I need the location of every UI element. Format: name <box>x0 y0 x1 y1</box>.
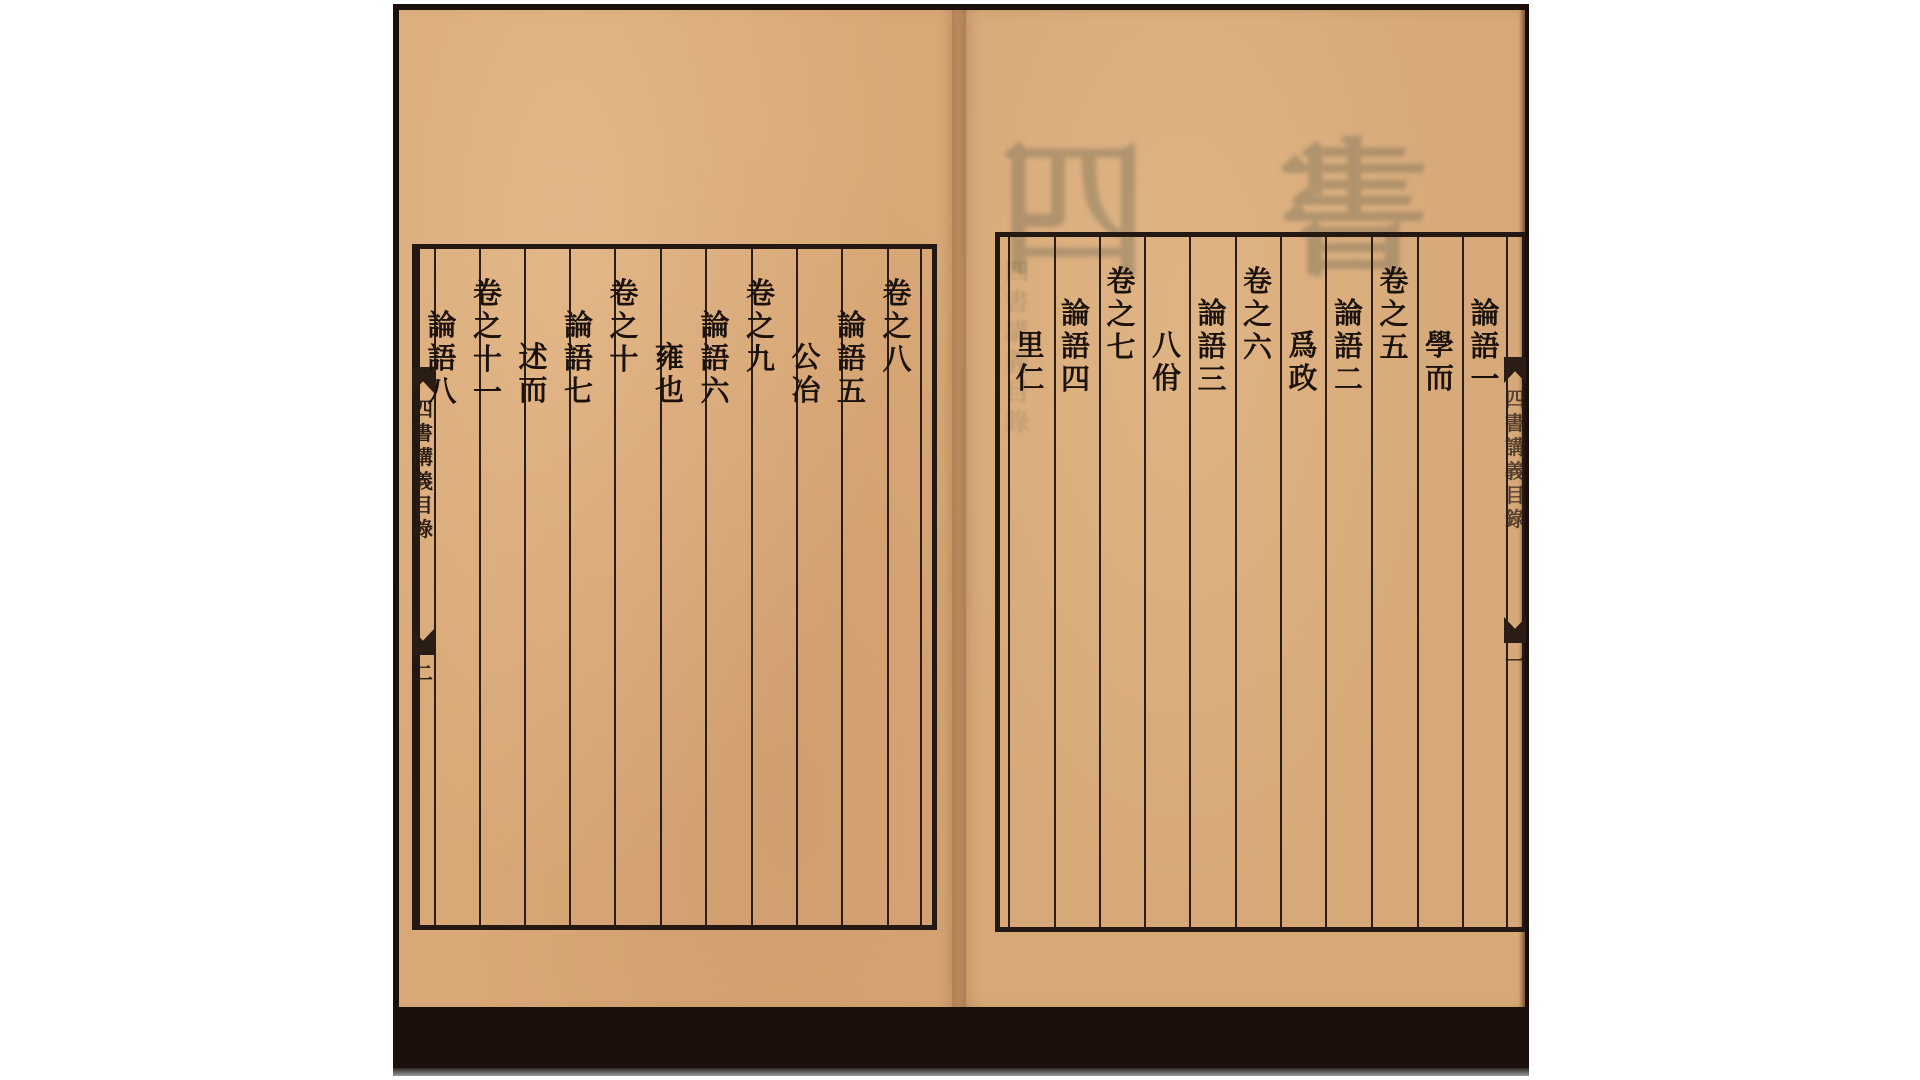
toc-column: 卷之五 <box>1372 265 1416 364</box>
toc-char: 五 <box>837 375 866 408</box>
toc-char: 八 <box>427 375 456 408</box>
toc-column: 論語一 <box>1463 297 1507 396</box>
toc-char: 論 <box>837 309 866 342</box>
toc-char: 仁 <box>1015 362 1044 395</box>
toc-char: 論 <box>427 309 456 342</box>
toc-char: 學 <box>1425 329 1454 362</box>
toc-char: 一 <box>1470 363 1499 396</box>
toc-char: 而 <box>518 374 547 407</box>
toc-char: 之 <box>473 310 502 343</box>
toc-column: 論語四 <box>1054 297 1098 396</box>
toc-char: 之 <box>746 310 775 343</box>
toc-column: 卷之九 <box>739 277 783 376</box>
toc-column: 卷之十一 <box>466 277 510 409</box>
toc-char: 佾 <box>1152 362 1181 395</box>
toc-char: 爲 <box>1288 329 1317 362</box>
toc-column: 論語三 <box>1190 297 1234 396</box>
toc-column: 卷之八 <box>875 277 919 376</box>
left-page-frame: 四書講義目錄 二 卷之八論語五公冶卷之九論語六雍也卷之十論語七述而卷之十一論語八 <box>412 244 937 930</box>
toc-column: 論語六 <box>693 309 737 408</box>
book-spread: 四書講義目錄 二 卷之八論語五公冶卷之九論語六雍也卷之十論語七述而卷之十一論語八… <box>393 4 1529 1076</box>
left-margin-title: 四書講義目錄 <box>412 397 434 541</box>
toc-char: 語 <box>427 342 456 375</box>
toc-column: 卷之六 <box>1236 265 1280 364</box>
toc-char: 論 <box>1334 297 1363 330</box>
toc-char: 六 <box>700 375 729 408</box>
toc-char: 五 <box>1379 331 1408 364</box>
toc-char: 卷 <box>1379 265 1408 298</box>
right-page: 四 書 四書講義目錄 四書講義目錄 一 論語一學而卷之五論語二爲政卷之六論語三八… <box>958 10 1525 1007</box>
toc-char: 八 <box>1152 329 1181 362</box>
toc-char: 三 <box>1197 363 1226 396</box>
toc-column: 公冶 <box>784 341 828 407</box>
left-page-number: 二 <box>412 661 434 685</box>
toc-column: 論語二 <box>1327 297 1371 396</box>
book-gutter <box>952 10 966 1007</box>
fishtail-bottom-icon <box>412 629 434 655</box>
toc-char: 七 <box>1106 331 1135 364</box>
toc-char: 卷 <box>1106 265 1135 298</box>
toc-char: 卷 <box>746 277 775 310</box>
toc-char: 語 <box>564 342 593 375</box>
toc-char: 政 <box>1288 362 1317 395</box>
toc-char: 論 <box>1470 297 1499 330</box>
toc-char: 語 <box>1470 330 1499 363</box>
toc-char: 論 <box>1197 297 1226 330</box>
toc-char: 述 <box>518 341 547 374</box>
toc-char: 八 <box>882 343 911 376</box>
toc-char: 之 <box>1243 298 1272 331</box>
toc-char: 語 <box>1061 330 1090 363</box>
toc-char: 也 <box>655 374 684 407</box>
toc-char: 卷 <box>1243 265 1272 298</box>
toc-char: 一 <box>473 376 502 409</box>
toc-char: 雍 <box>655 341 684 374</box>
toc-char: 公 <box>791 341 820 374</box>
toc-char: 而 <box>1425 362 1454 395</box>
toc-char: 之 <box>882 310 911 343</box>
toc-column: 論語七 <box>557 309 601 408</box>
toc-column: 卷之七 <box>1099 265 1143 364</box>
toc-char: 七 <box>564 375 593 408</box>
toc-char: 里 <box>1015 329 1044 362</box>
toc-column: 述而 <box>511 341 555 407</box>
toc-char: 卷 <box>473 277 502 310</box>
column-rule <box>920 249 922 925</box>
toc-char: 九 <box>746 343 775 376</box>
toc-column: 里仁 <box>1008 329 1052 395</box>
toc-column: 學而 <box>1418 329 1462 395</box>
toc-char: 十 <box>473 343 502 376</box>
toc-char: 卷 <box>609 277 638 310</box>
toc-column: 卷之十 <box>602 277 646 376</box>
toc-char: 之 <box>1106 298 1135 331</box>
toc-char: 之 <box>609 310 638 343</box>
toc-char: 四 <box>1061 363 1090 396</box>
toc-char: 論 <box>700 309 729 342</box>
left-page: 四書講義目錄 二 卷之八論語五公冶卷之九論語六雍也卷之十論語七述而卷之十一論語八 <box>399 10 958 1007</box>
toc-column: 雍也 <box>648 341 692 407</box>
toc-char: 十 <box>609 343 638 376</box>
toc-char: 論 <box>1061 297 1090 330</box>
toc-char: 冶 <box>791 374 820 407</box>
toc-column: 論語五 <box>830 309 874 408</box>
right-page-frame: 四書講義目錄 四書講義目錄 一 論語一學而卷之五論語二爲政卷之六論語三八佾卷之七… <box>995 232 1525 932</box>
toc-char: 語 <box>1197 330 1226 363</box>
toc-column: 論語八 <box>420 309 464 408</box>
toc-column: 爲政 <box>1281 329 1325 395</box>
toc-char: 論 <box>564 309 593 342</box>
toc-char: 二 <box>1334 363 1363 396</box>
toc-char: 語 <box>1334 330 1363 363</box>
toc-char: 六 <box>1243 331 1272 364</box>
toc-column: 八佾 <box>1145 329 1189 395</box>
toc-char: 之 <box>1379 298 1408 331</box>
toc-char: 卷 <box>882 277 911 310</box>
toc-char: 語 <box>837 342 866 375</box>
toc-char: 語 <box>700 342 729 375</box>
